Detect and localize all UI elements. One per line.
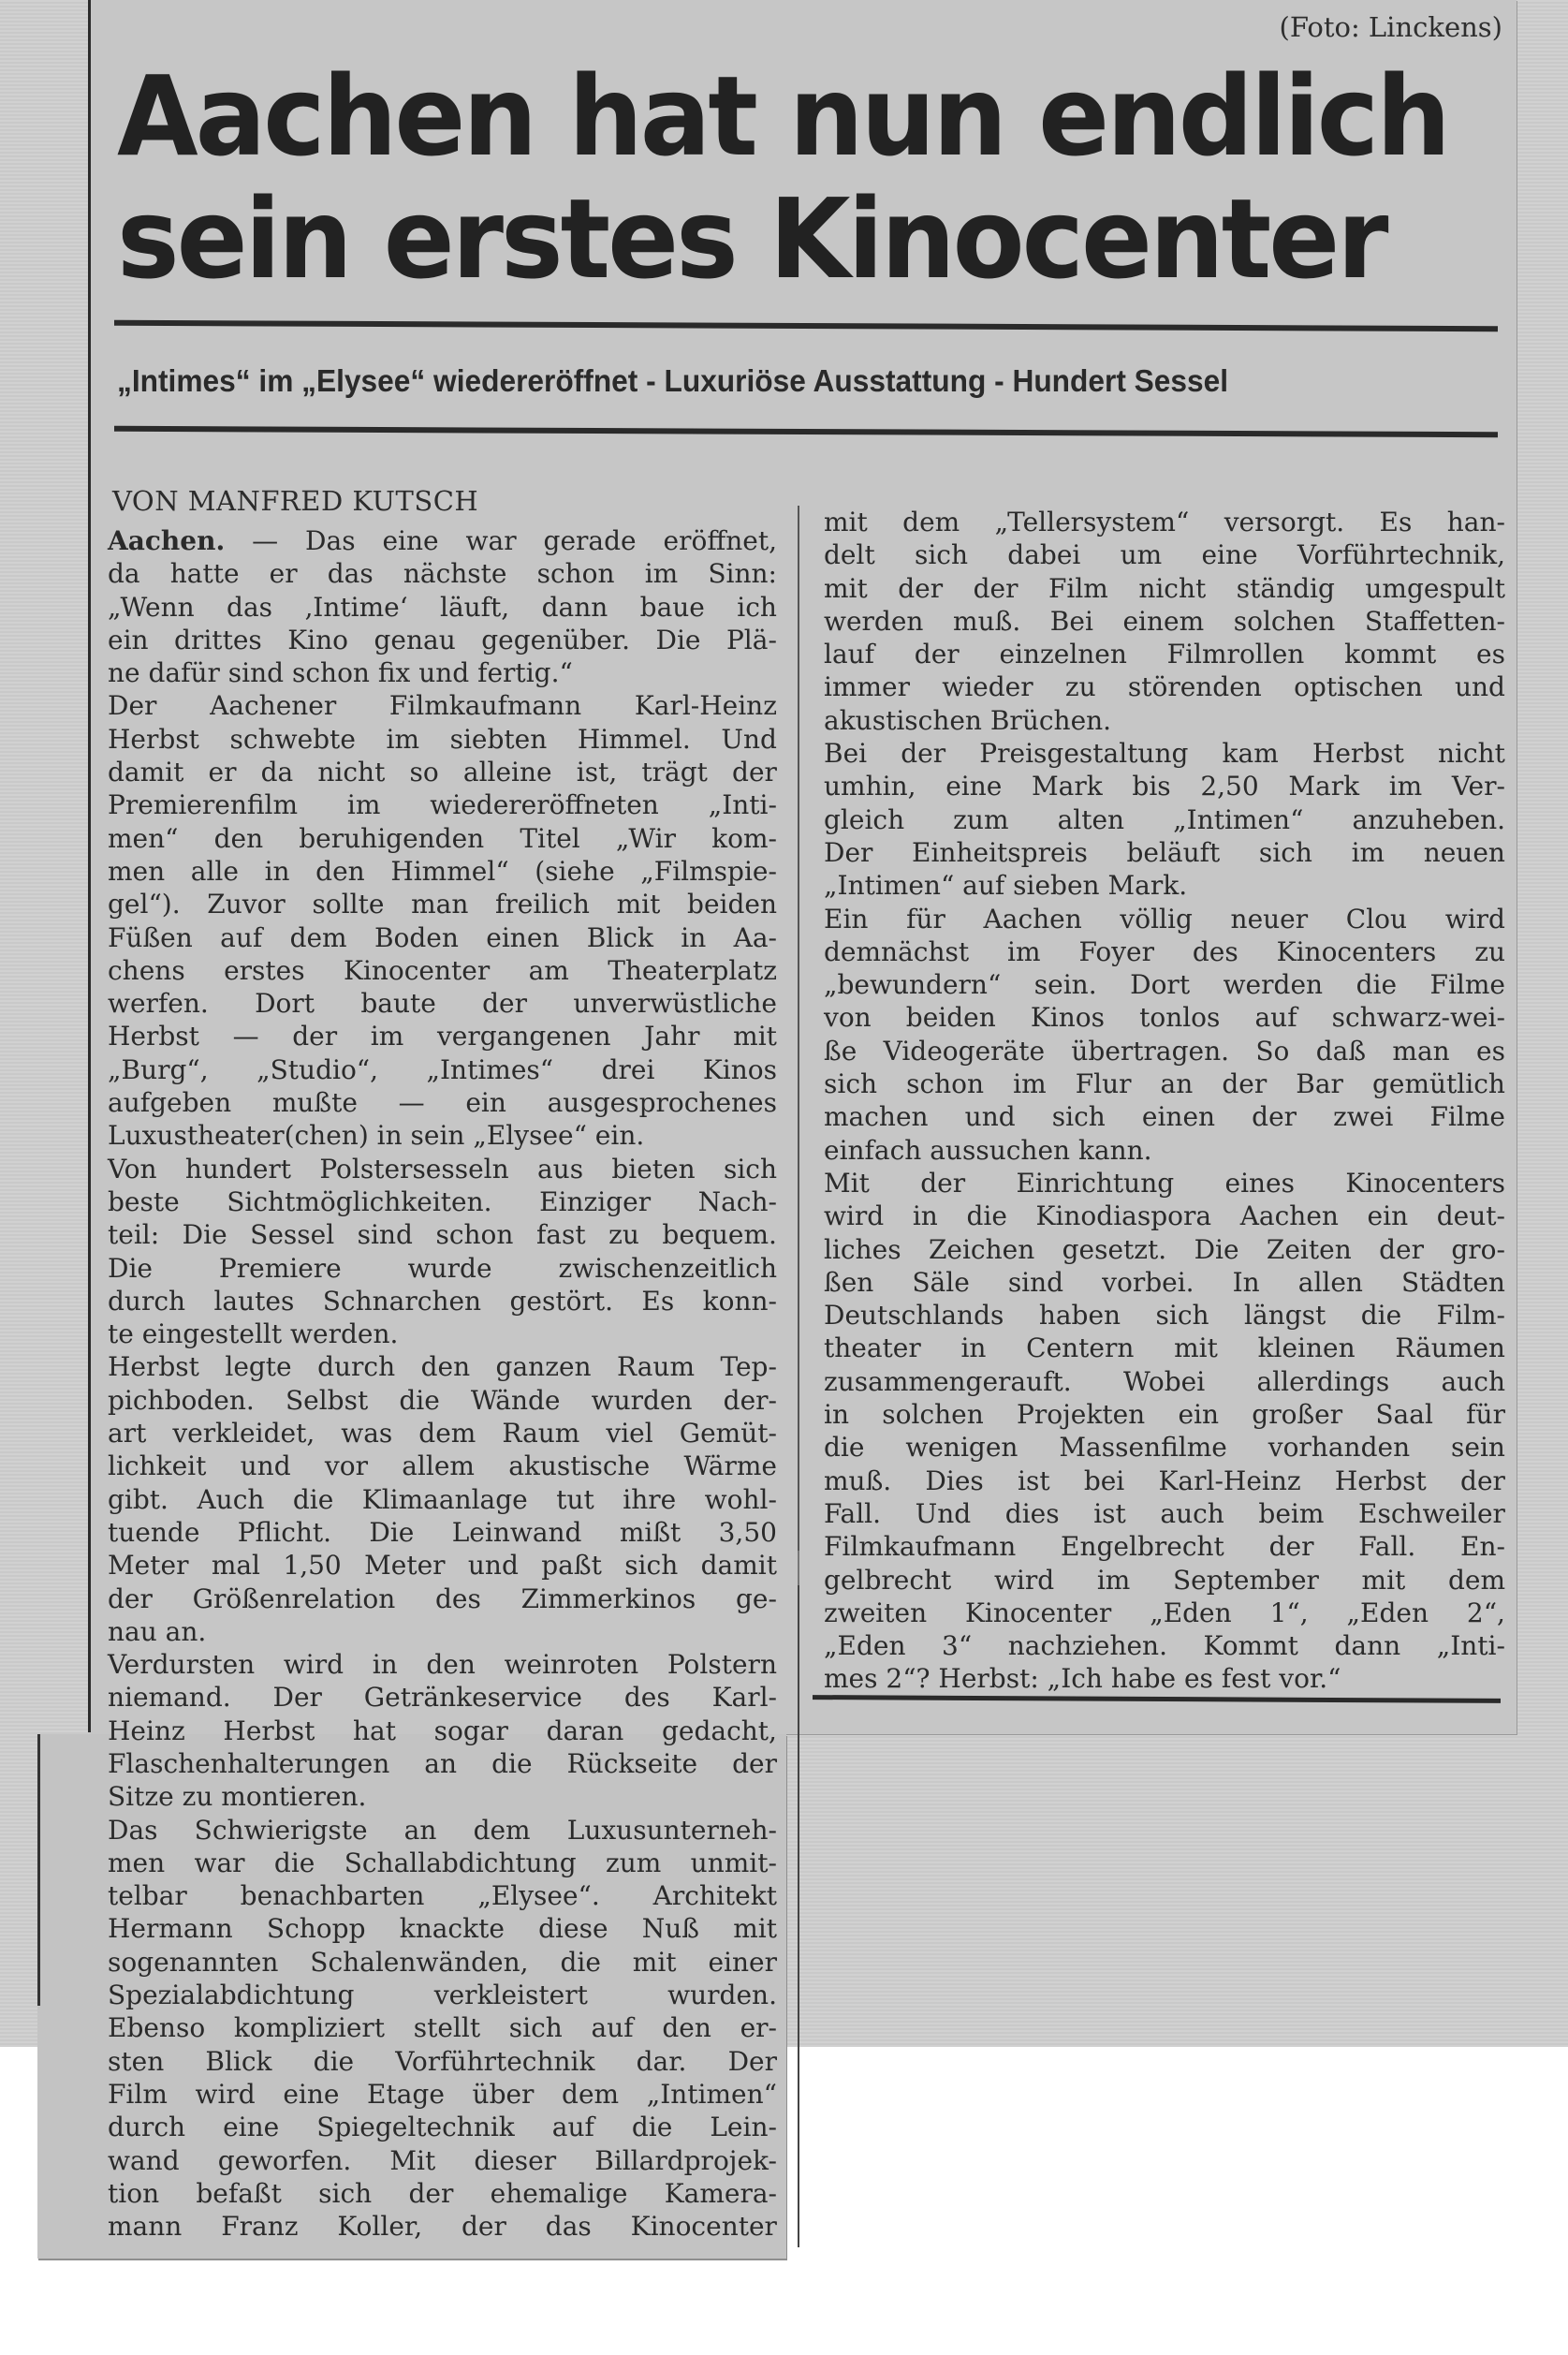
text-line: derGrößenrelationdesZimmerkinosge-: [108, 1582, 777, 1615]
text-line: besteSichtmöglichkeiten.EinzigerNach-: [108, 1185, 777, 1218]
text-line: te eingestellt werden.: [108, 1317, 777, 1350]
text-line: akustischen Brüchen.: [824, 704, 1505, 737]
text-line: VonhundertPolstersesselnausbietensich: [108, 1153, 777, 1185]
text-line: wirdindieKinodiasporaAacheneindeut-: [824, 1200, 1505, 1232]
text-line: theaterinCenternmitkleinenRäumen: [824, 1332, 1505, 1364]
text-line: ne dafür sind schon fix und fertig.“: [108, 656, 777, 689]
text-line: BeiderPreisgestaltungkamHerbstnicht: [824, 737, 1505, 770]
text-line: durcheineSpiegeltechnikaufdieLein-: [108, 2111, 777, 2143]
byline: VON MANFRED KUTSCH: [112, 485, 478, 517]
text-line: FilmwirdeineEtageüberdem„Intimen“: [108, 2078, 777, 2111]
text-line: lichesZeichengesetzt.DieZeitendergro-: [824, 1233, 1505, 1266]
text-line: demnächstimFoyerdesKinocenterszu: [824, 935, 1505, 968]
text-line: ßeVideogeräteübertragen.Sodaßmanes: [824, 1035, 1505, 1067]
text-line: FilmkaufmannEngelbrechtderFall.En-: [824, 1530, 1505, 1563]
text-line: eindrittesKinogenaugegenüber.DiePlä-: [108, 624, 777, 656]
text-line: werdenmuß.BeieinemsolchenStaffetten-: [824, 605, 1505, 638]
photo-credit: (Foto: Linckens): [1280, 11, 1502, 43]
text-line: Premierenfilmimwiedereröffneten„Inti-: [108, 788, 777, 821]
text-line: dahatteerdasnächsteschonimSinn:: [108, 557, 777, 590]
text-line: VerdurstenwirdindenweinrotenPolstern: [108, 1648, 777, 1681]
text-line: DiePremierewurdezwischenzeitlich: [108, 1252, 777, 1285]
text-line: men“denberuhigendenTitel„Wirkom-: [108, 822, 777, 855]
text-line: immerwiederzustörendenoptischenund: [824, 670, 1505, 703]
text-line: EinfürAachenvölligneuerClouwird: [824, 903, 1505, 935]
article-column-left: Aachen.—Daseinewargeradeeröffnet,dahatte…: [108, 524, 777, 2243]
text-line: Spezialabdichtungverkleistertwurden.: [108, 1979, 777, 2011]
text-line: gibt.AuchdieKlimaanlagetutihrewohl-: [108, 1483, 777, 1516]
text-line: mes 2“? Herbst: „Ich habe es fest vor.“: [824, 1662, 1505, 1695]
text-line: Ebensokompliziertstelltsichaufdener-: [108, 2011, 777, 2044]
headline-line-1: Aachen hat nun endlich: [117, 56, 1474, 179]
text-line: telbarbenachbarten„Elysee“.Architekt: [108, 1879, 777, 1912]
text-line: pichboden.SelbstdieWändewurdender-: [108, 1384, 777, 1417]
text-line: damiterdanichtsoalleineist,trägtder: [108, 756, 777, 788]
text-line: sogenanntenSchalenwänden,diemiteiner: [108, 1946, 777, 1979]
text-line: DerAachenerFilmkaufmannKarl-Heinz: [108, 689, 777, 722]
text-line: ßenSälesindvorbei.InallenStädten: [824, 1266, 1505, 1299]
text-line: gel“).Zuvorsolltemanfreilichmitbeiden: [108, 888, 777, 920]
text-line: chenserstesKinocenteramTheaterplatz: [108, 954, 777, 987]
text-line: machenundsicheinenderzweiFilme: [824, 1100, 1505, 1133]
left-border-rule-lower: [37, 1734, 40, 2006]
text-line: Fall.UnddiesistauchbeimEschweiler: [824, 1497, 1505, 1530]
text-line: HermannSchoppknacktedieseNußmit: [108, 1912, 777, 1945]
text-line: HerbstschwebteimsiebtenHimmel.Und: [108, 723, 777, 756]
text-line: mannFranzKoller,derdasKinocenter: [108, 2210, 777, 2243]
text-line: tionbefaßtsichderehemaligeKamera-: [108, 2177, 777, 2210]
article-column-right: mitdem„Tellersystem“versorgt.Eshan-delts…: [824, 506, 1505, 1696]
text-line: FlaschenhalterungenandieRückseiteder: [108, 1747, 777, 1780]
text-line: mitderderFilmnichtständigumgespult: [824, 572, 1505, 605]
text-line: Herbst—derimvergangenenJahrmit: [108, 1020, 777, 1052]
text-line: umhin,eineMarkbis2,50MarkimVer-: [824, 770, 1505, 802]
text-line: lichkeitundvorallemakustischeWärme: [108, 1450, 777, 1482]
text-line: „Eden3“nachziehen.Kommtdann„Inti-: [824, 1629, 1505, 1662]
text-line: diewenigenMassenfilmevorhandensein: [824, 1431, 1505, 1464]
text-line: werfen.Dortbautederunverwüstliche: [108, 987, 777, 1020]
headline-line-2: sein erstes Kinocenter: [117, 179, 1474, 302]
text-line: „Intimen“ auf sieben Mark.: [824, 869, 1505, 902]
text-line: artverkleidet,wasdemRaumvielGemüt-: [108, 1417, 777, 1450]
left-border-rule: [88, 0, 91, 1732]
text-line: Sitze zu montieren.: [108, 1780, 777, 1813]
text-line: DasSchwierigsteandemLuxusunterneh-: [108, 1814, 777, 1847]
text-line: tuendePflicht.DieLeinwandmißt3,50: [108, 1516, 777, 1549]
text-line: „Wenndas‚Intime‘läuft,dannbaueich: [108, 591, 777, 624]
text-line: gleichzumalten„Intimen“anzuheben.: [824, 803, 1505, 836]
text-line: laufdereinzelnenFilmrollenkommtes: [824, 638, 1505, 670]
text-line: vonbeidenKinostonlosaufschwarz-wei-: [824, 1001, 1505, 1034]
text-line: mitdem„Tellersystem“versorgt.Eshan-: [824, 506, 1505, 538]
text-line: einfach aussuchen kann.: [824, 1134, 1505, 1167]
text-line: insolchenProjekteneingroßerSaalfür: [824, 1398, 1505, 1431]
text-line: menwardieSchallabdichtungzumunmit-: [108, 1847, 777, 1879]
text-line: Aachen.—Daseinewargeradeeröffnet,: [108, 524, 777, 557]
text-line: stenBlickdieVorführtechnikdar.Der: [108, 2045, 777, 2078]
column-divider-rule: [798, 506, 799, 2247]
text-line: Luxustheater(chen) in sein „Elysee“ ein.: [108, 1119, 777, 1152]
text-line: zusammengerauft.Wobeiallerdingsauch: [824, 1365, 1505, 1398]
text-line: aufgebenmußte—einausgesprochenes: [108, 1086, 777, 1119]
text-line: muß.DiesistbeiKarl-HeinzHerbstder: [824, 1465, 1505, 1497]
text-line: „Burg“,„Studio“,„Intimes“dreiKinos: [108, 1053, 777, 1086]
text-line: durchlautesSchnarchengestört.Eskonn-: [108, 1285, 777, 1317]
text-line: FüßenaufdemBodeneinenBlickinAa-: [108, 921, 777, 954]
text-line: teil:DieSesselsindschonfastzubequem.: [108, 1218, 777, 1251]
text-line: sichschonimFluranderBargemütlich: [824, 1067, 1505, 1100]
text-line: deltsichdabeiumeineVorführtechnik,: [824, 538, 1505, 571]
text-line: wandgeworfen.MitdieserBillardprojek-: [108, 2144, 777, 2177]
text-line: MitderEinrichtungeinesKinocenters: [824, 1167, 1505, 1200]
text-line: zweitenKinocenter„Eden1“,„Eden2“,: [824, 1597, 1505, 1629]
text-line: HerbstlegtedurchdenganzenRaumTep-: [108, 1350, 777, 1383]
text-line: DerEinheitspreisbeläuftsichimneuen: [824, 836, 1505, 869]
headline: Aachen hat nun endlich sein erstes Kinoc…: [117, 56, 1474, 302]
text-line: gelbrechtwirdimSeptembermitdem: [824, 1564, 1505, 1597]
text-line: HeinzHerbsthatsogardarangedacht,: [108, 1715, 777, 1747]
text-line: „bewundern“sein.DortwerdendieFilme: [824, 968, 1505, 1001]
text-line: niemand.DerGetränkeservicedesKarl-: [108, 1681, 777, 1714]
text-line: menalleindenHimmel“(siehe„Filmspie-: [108, 855, 777, 888]
text-line: nau an.: [108, 1615, 777, 1648]
text-line: DeutschlandshabensichlängstdieFilm-: [824, 1299, 1505, 1332]
text-line: Metermal1,50Meterundpaßtsichdamit: [108, 1549, 777, 1582]
subtitle: „Intimes“ im „Elysee“ wiedereröffnet - L…: [117, 363, 1228, 399]
